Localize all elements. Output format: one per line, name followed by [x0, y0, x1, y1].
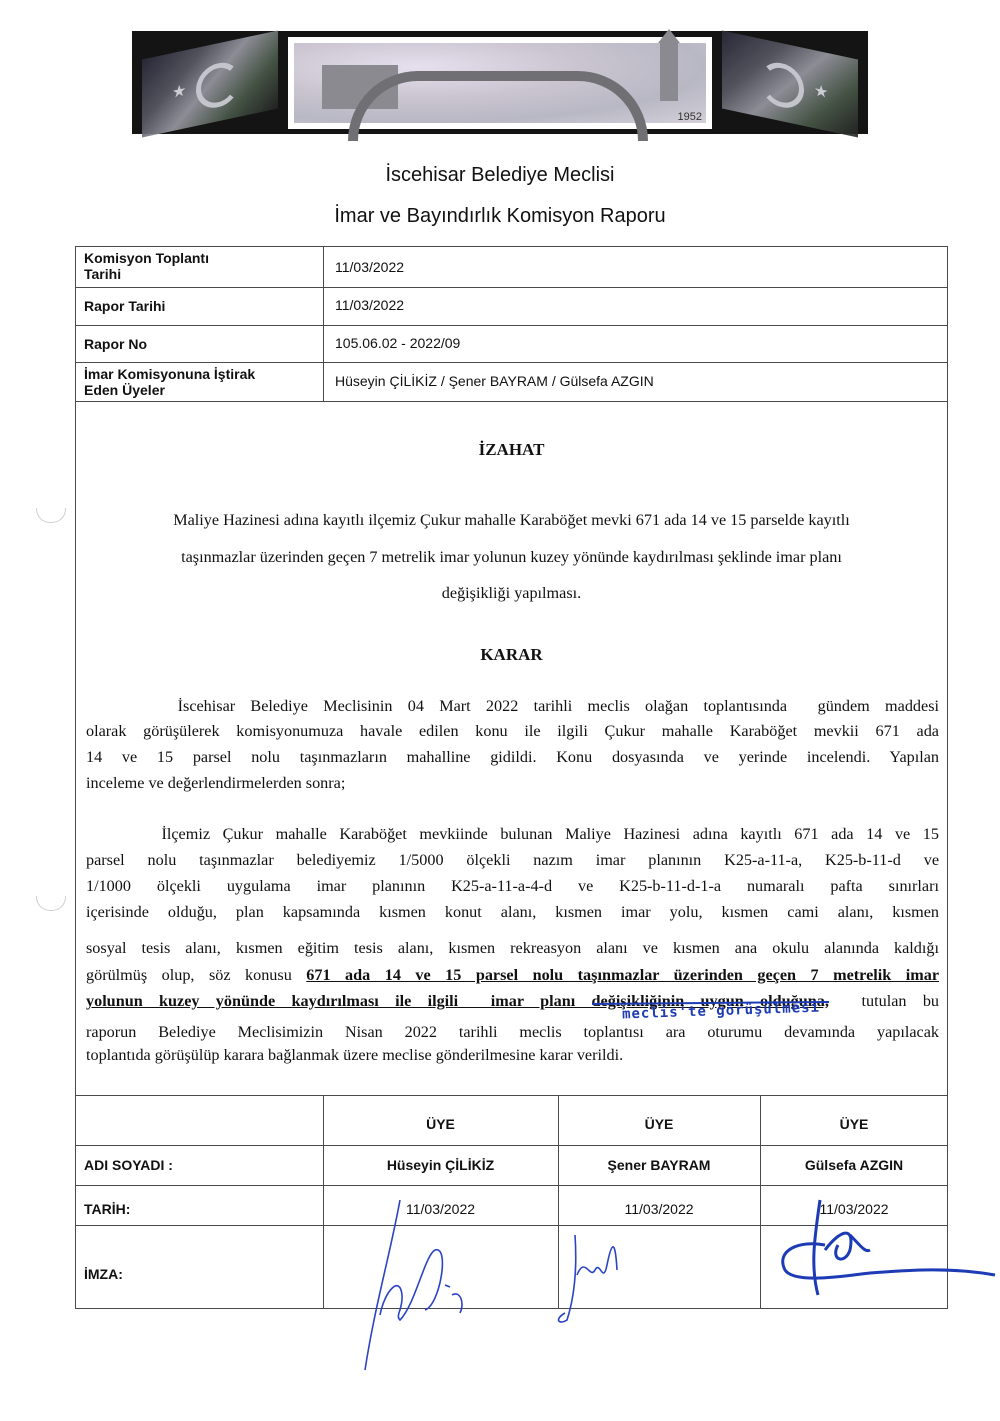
divider: [75, 401, 948, 402]
bridge-icon: [348, 71, 648, 141]
turkish-flag-left-icon: ★: [142, 31, 278, 138]
row-label: Rapor Tarihi: [84, 298, 165, 314]
karar-line: toplantıda görüşülüp karara bağlanmak üz…: [86, 1046, 939, 1065]
row-label: İmar Komisyonuna İştirakEden Üyeler: [84, 366, 255, 398]
turkish-flag-right-icon: ★: [722, 31, 858, 138]
karar-line: içerisinde olduğu, plan kapsamında kısme…: [86, 903, 939, 922]
karar-line: parsel nolu taşınmazlar belediyemiz 1/50…: [86, 851, 939, 870]
report-date-value: 11/03/2022: [335, 297, 404, 313]
meeting-date-value: 11/03/2022: [335, 259, 404, 275]
karar-heading: KARAR: [75, 645, 948, 665]
signature-sener-icon: [545, 1225, 635, 1335]
founding-year: 1952: [678, 111, 702, 123]
signature-gulsefa-icon: [770, 1195, 1000, 1305]
karar-line: sosyal tesis alanı, kısmen eğitim tesis …: [86, 939, 939, 958]
karar-line: İlçemiz Çukur mahalle Karaböğet mevkiind…: [86, 825, 939, 844]
izahat-line: değişikliği yapılması.: [75, 584, 948, 603]
member-column-header: ÜYE: [760, 1116, 948, 1132]
divider: [75, 362, 948, 363]
date-row-label: TARİH:: [84, 1201, 130, 1217]
name-row-label: ADI SOYADI :: [84, 1157, 173, 1173]
karar-line: inceleme ve değerlendirmelerden sonra;: [86, 774, 939, 793]
member-date: 11/03/2022: [558, 1201, 760, 1217]
divider: [75, 1095, 948, 1096]
izahat-line: Maliye Hazinesi adına kayıtlı ilçemiz Çu…: [75, 511, 948, 530]
signature-huseyin-icon: [340, 1195, 490, 1375]
divider: [75, 1145, 948, 1146]
decision-emphasis: yolunun kuzey yönünde kaydırılması ile i…: [86, 992, 592, 1010]
divider: [75, 287, 948, 288]
punch-hole: [36, 508, 66, 523]
divider: [75, 1185, 948, 1186]
report-no-value: 105.06.02 - 2022/09: [335, 335, 460, 351]
minaret-icon: [660, 43, 678, 101]
header-banner: ★ 1952 ★: [132, 31, 868, 134]
karar-line: olarak görüşülerek komisyonumuza havale …: [86, 722, 939, 741]
punch-hole: [36, 896, 66, 911]
row-label: Komisyon ToplantıTarihi: [84, 250, 209, 282]
row-label: Rapor No: [84, 336, 147, 352]
divider: [75, 325, 948, 326]
member-name: Hüseyin ÇİLİKİZ: [323, 1157, 558, 1173]
karar-line: 14 ve 15 parsel nolu taşınmazların mahal…: [86, 748, 939, 767]
member-name: Gülsefa AZGIN: [760, 1157, 948, 1173]
izahat-line: taşınmazlar üzerinden geçen 7 metrelik i…: [75, 548, 948, 567]
signature-row-label: İMZA:: [84, 1266, 123, 1282]
karar-line: 1/1000 ölçekli uygulama imar planının K2…: [86, 877, 939, 896]
members-value: Hüseyin ÇİLİKİZ / Şener BAYRAM / Gülsefa…: [335, 373, 654, 389]
izahat-heading: İZAHAT: [75, 440, 948, 460]
karar-line: raporun Belediye Meclisimizin Nisan 2022…: [86, 1023, 939, 1042]
divider: [323, 246, 324, 401]
member-column-header: ÜYE: [323, 1116, 558, 1132]
karar-line: İscehisar Belediye Meclisinin 04 Mart 20…: [86, 697, 939, 716]
member-name: Şener BAYRAM: [558, 1157, 760, 1173]
bridge-emblem-image: 1952: [288, 37, 712, 129]
document-title: İscehisar Belediye Meclisi: [0, 164, 1000, 187]
document-subtitle: İmar ve Bayındırlık Komisyon Raporu: [0, 205, 1000, 228]
karar-line-emphasis: görülmüş olup, söz konusu 671 ada 14 ve …: [86, 966, 939, 985]
member-column-header: ÜYE: [558, 1116, 760, 1132]
decision-emphasis: 671 ada 14 ve 15 parsel nolu taşınmazlar…: [306, 966, 939, 984]
